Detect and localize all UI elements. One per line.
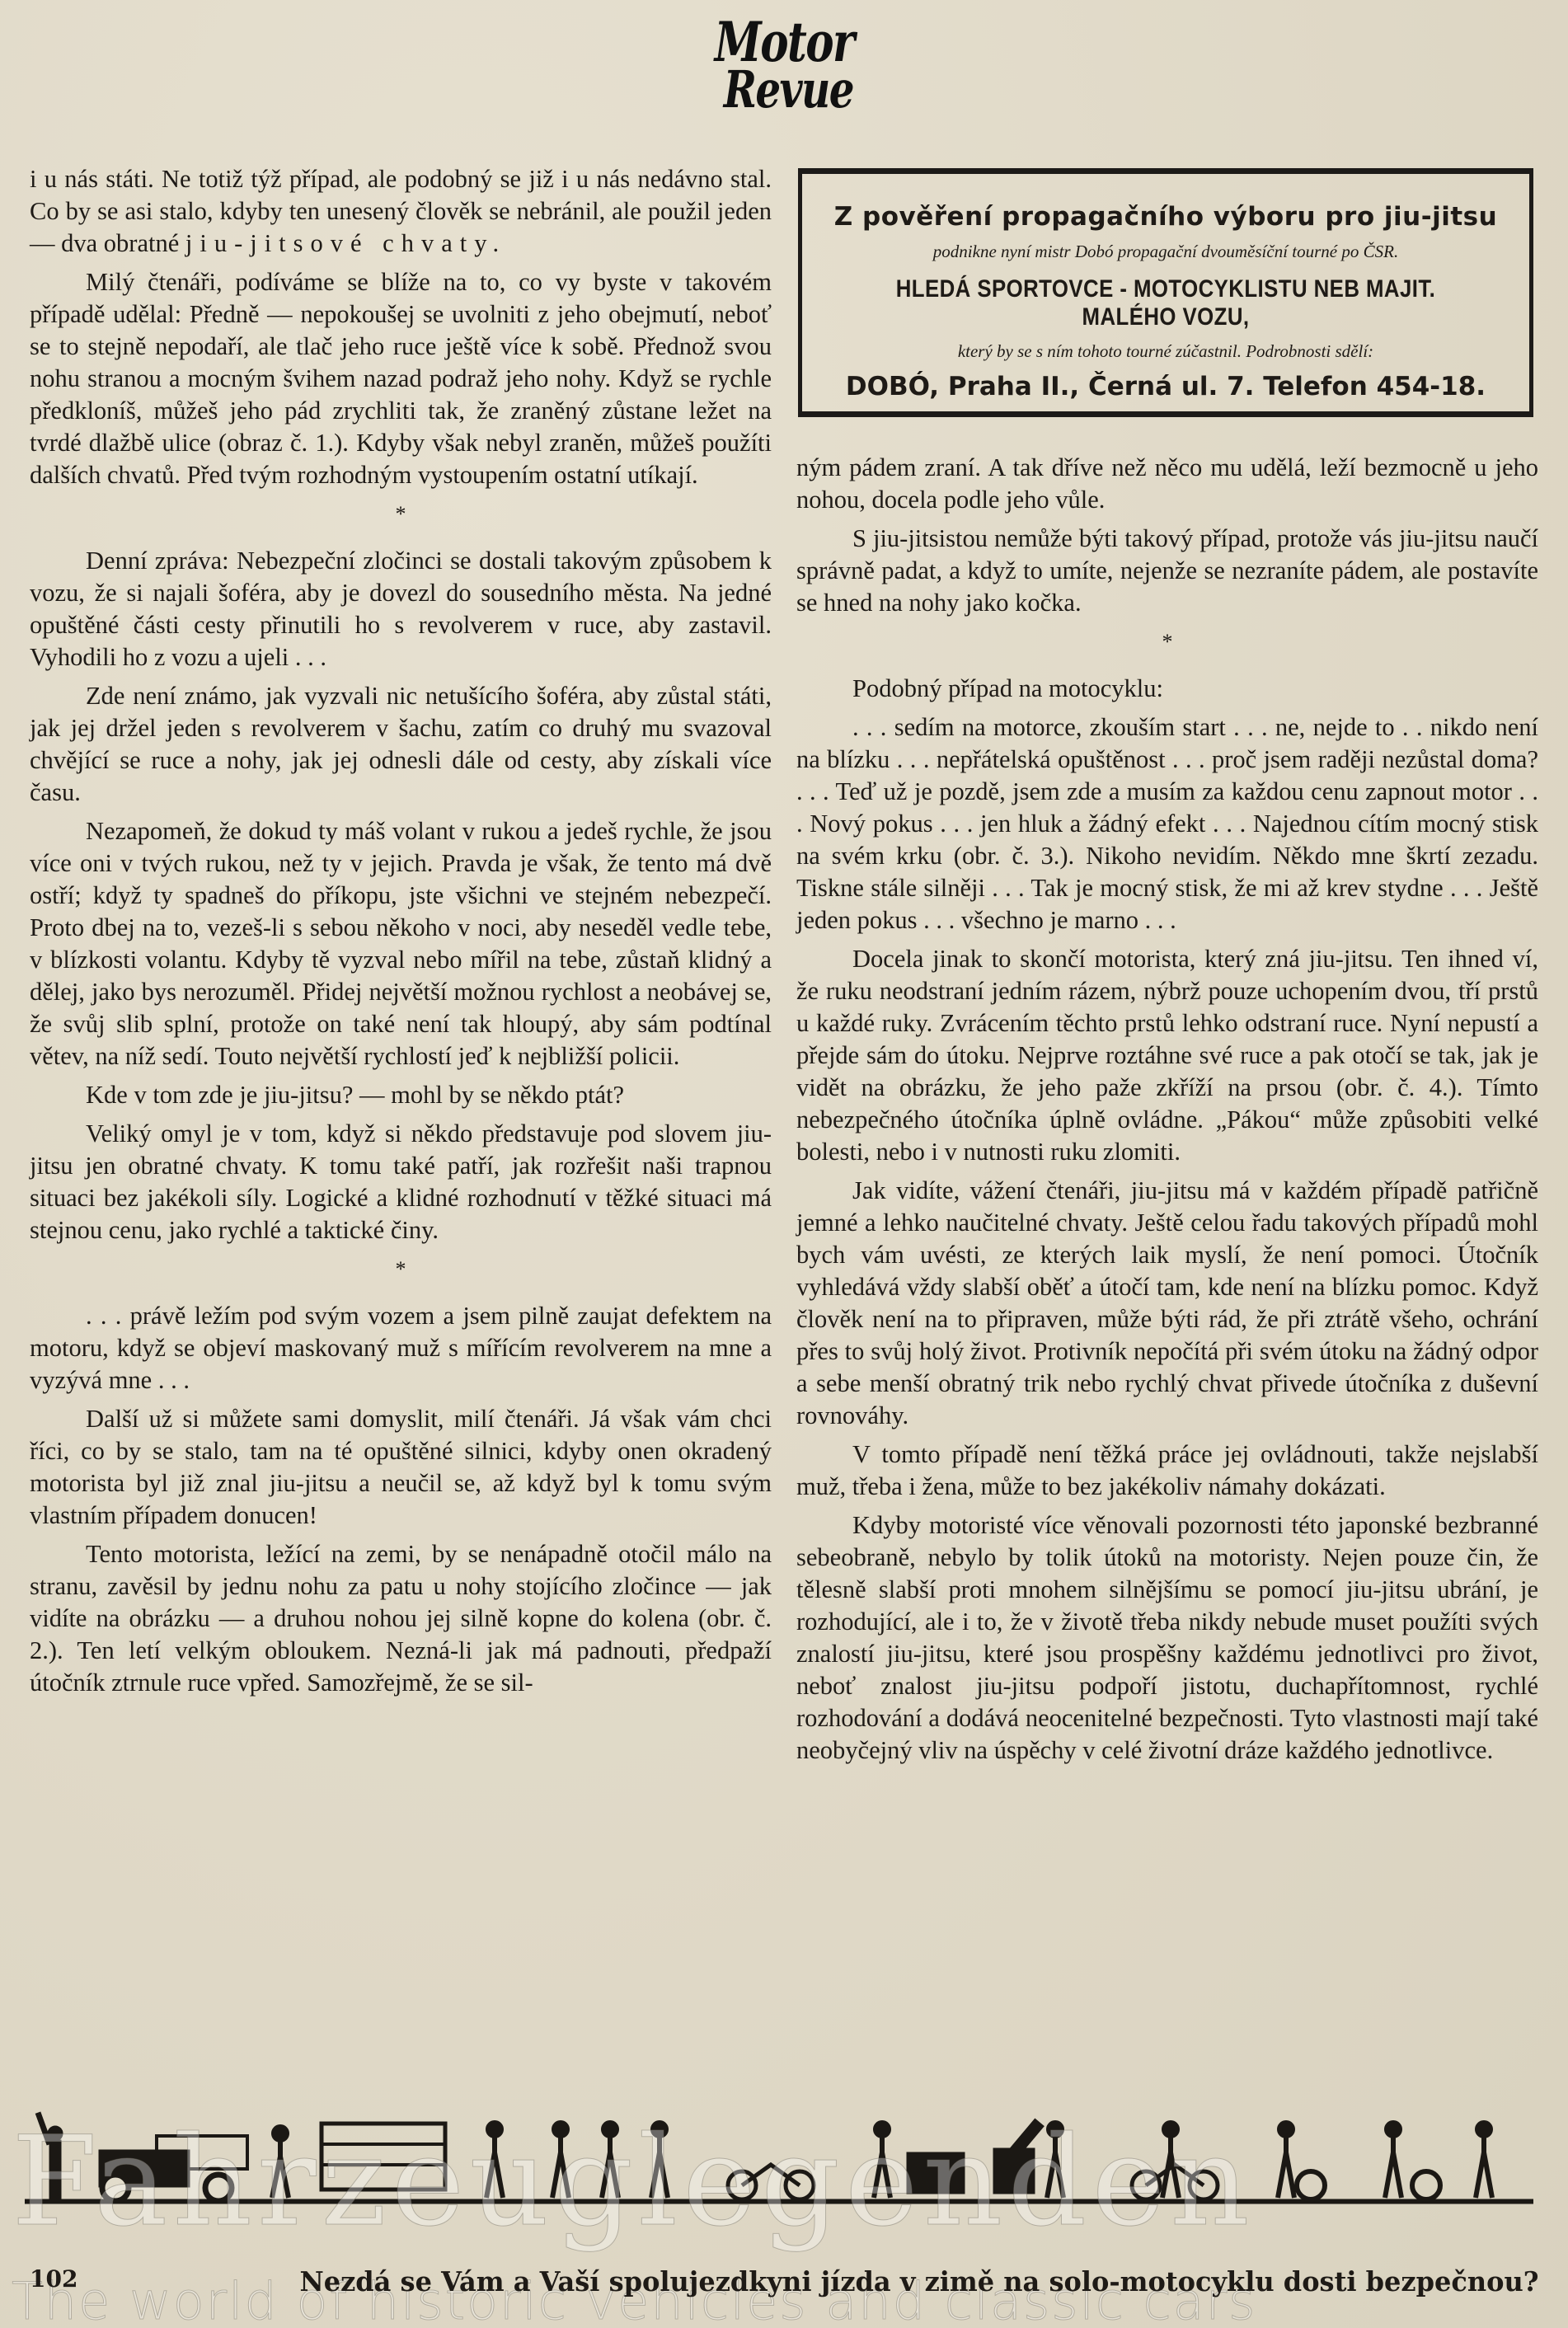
ad-headline: Z pověření propagačního výboru pro jiu-j… (802, 202, 1529, 232)
left-column: i u nás státi. Ne totiž týž případ, ale … (30, 163, 772, 1706)
section-separator: * (796, 626, 1538, 658)
logo-line-2: Revue (724, 67, 854, 113)
paragraph: . . . sedím na motorce, zkouším start . … (796, 711, 1538, 936)
paragraph: Veliký omyl je v tom, když si někdo před… (30, 1118, 772, 1246)
traffic-frieze-illustration (25, 2107, 1533, 2206)
paragraph: Tento motorista, ležící na zemi, by se n… (30, 1538, 772, 1699)
paragraph: Další už si můžete sami domyslit, milí č… (30, 1403, 772, 1532)
paragraph: Kde v tom zde je jiu-jitsu? — mohl by se… (30, 1079, 772, 1111)
paragraph: Kdyby motoristé více věnovali pozornosti… (796, 1509, 1538, 1767)
ad-callout: HLEDÁ SPORTOVCE - MOTOCYKLISTU NEB MAJIT… (853, 275, 1479, 331)
page-number: 102 (30, 2265, 77, 2293)
masthead: Motor Revue (0, 18, 1568, 113)
right-column: ným pádem zraní. A tak dříve než něco mu… (796, 452, 1538, 1773)
spaced-emphasis: jiu-jitsové chvaty. (185, 229, 506, 257)
ad-contact: DOBÓ, Praha II., Černá ul. 7. Telefon 45… (802, 372, 1529, 401)
footer-tagline: Nezdá se Vám a Vaší spolujezdkyni jízda … (299, 2265, 1538, 2297)
paragraph: Denní zpráva: Nebezpeční zločinci se dos… (30, 545, 772, 674)
paragraph: V tomto případě není těžká práce jej ovl… (796, 1439, 1538, 1503)
advertisement-box: Z pověření propagačního výboru pro jiu-j… (798, 168, 1533, 417)
paragraph: . . . právě ležím pod svým vozem a jsem … (30, 1300, 772, 1396)
section-separator: * (30, 498, 772, 530)
paragraph: ným pádem zraní. A tak dříve než něco mu… (796, 452, 1538, 516)
magazine-logo: Motor Revue (715, 18, 854, 113)
section-separator: * (30, 1253, 772, 1285)
paragraph: S jiu-jitsistou nemůže býti takový přípa… (796, 523, 1538, 619)
paragraph: Podobný případ na motocyklu: (796, 673, 1538, 705)
ad-subline-2: který by se s ním tohoto tourné zúčastni… (802, 341, 1529, 362)
paragraph: Nezapomeň, že dokud ty máš volant v ruko… (30, 815, 772, 1072)
paragraph: Docela jinak to skončí motorista, který … (796, 943, 1538, 1168)
paragraph: i u nás státi. Ne totiž týž případ, ale … (30, 163, 772, 260)
paragraph: Milý čtenáři, podíváme se blíže na to, c… (30, 266, 772, 491)
paragraph: Jak vidíte, vážení čtenáři, jiu-jitsu má… (796, 1175, 1538, 1432)
paragraph: Zde není známo, jak vyzvali nic netušící… (30, 680, 772, 809)
frieze-figures-icon (25, 2107, 1533, 2206)
ad-subline: podnikne nyní mistr Dobó propagační dvou… (802, 242, 1529, 262)
